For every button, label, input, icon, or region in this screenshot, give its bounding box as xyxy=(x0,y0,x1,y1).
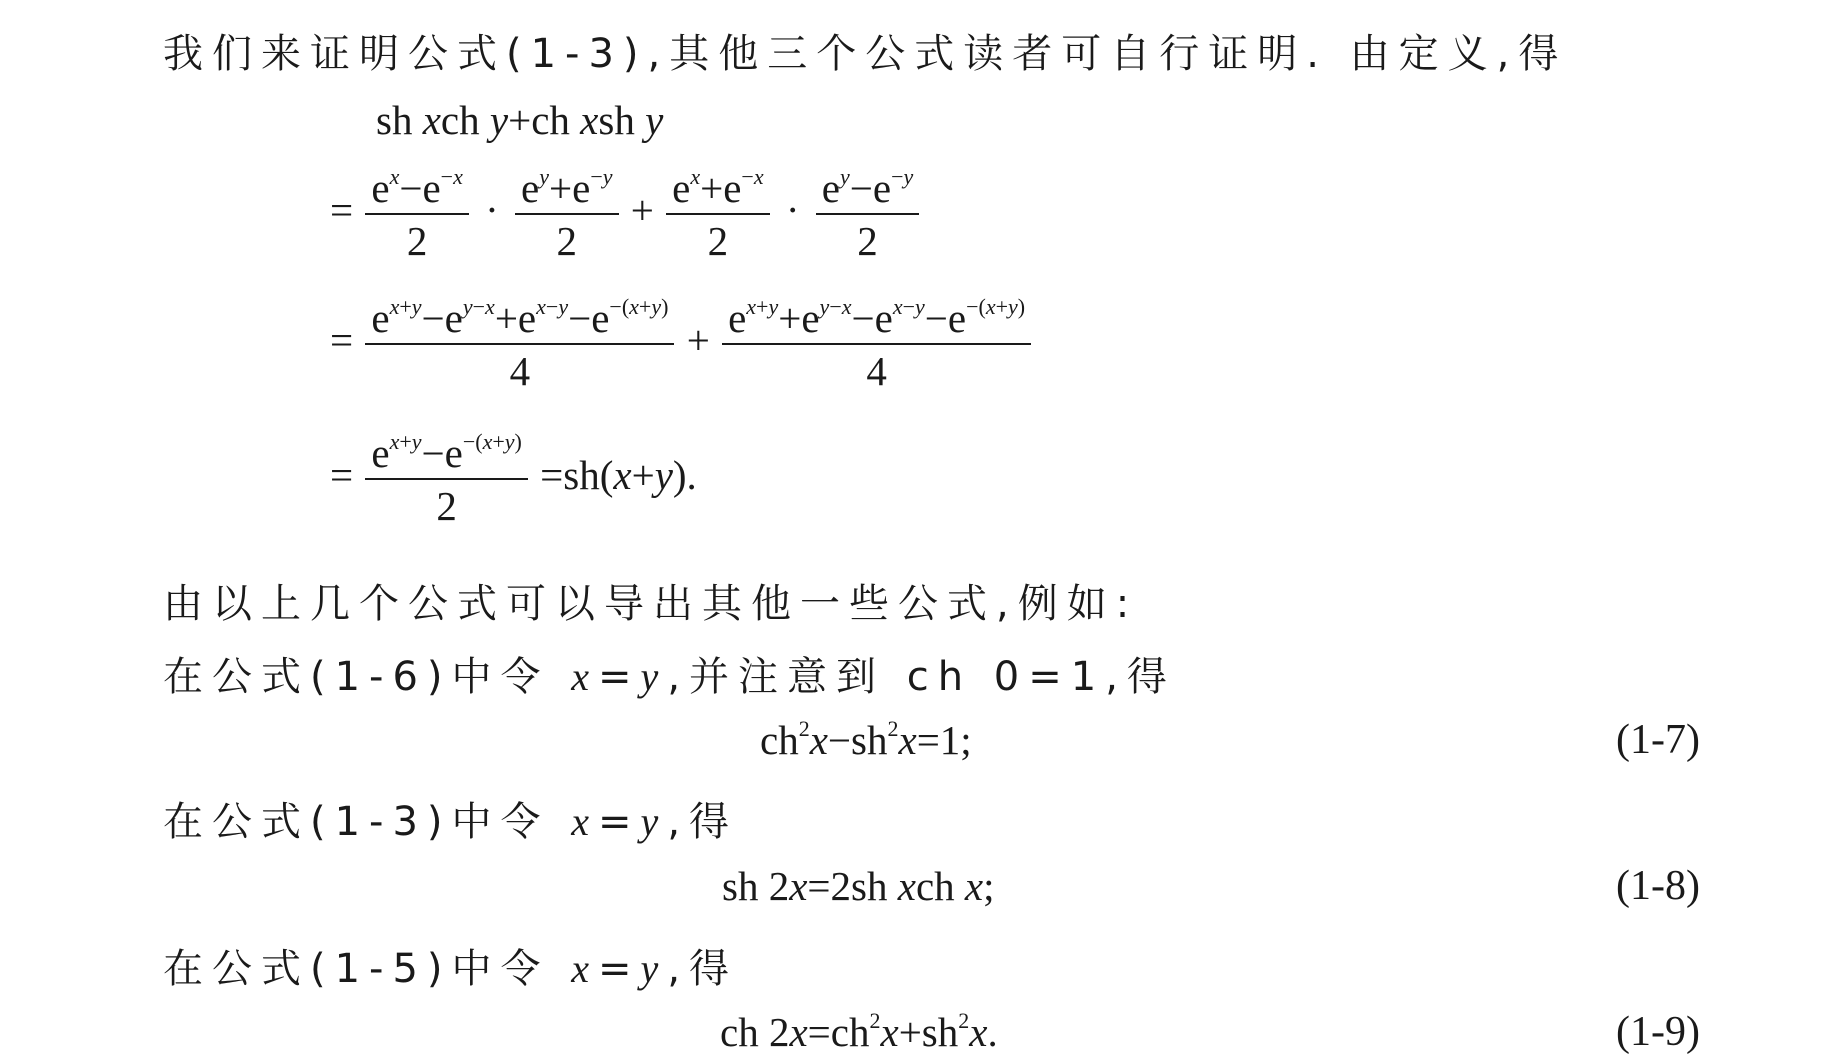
proof-step-1: = ex−e−x2 · ey+e−y2 + ex+e−x2 · ey−e−y2 xyxy=(330,165,921,264)
proof-step-2: = ex+y−ey−x+ex−y−e−(x+y)4 + ex+y+ey−x−ex… xyxy=(330,295,1033,394)
derive-note: 由以上几个公式可以导出其他一些公式,例如: xyxy=(163,572,1138,629)
fraction: ex+y−e−(x+y)2 xyxy=(365,430,528,529)
proof-lhs: sh xch y+ch xsh y xyxy=(376,96,663,144)
fraction: ey−e−y2 xyxy=(816,165,919,264)
equation-number-1-9: (1-9) xyxy=(1616,1008,1700,1056)
fraction: ex+y−ey−x+ex−y−e−(x+y)4 xyxy=(365,295,674,394)
equation-1-9: ch 2x=ch2x+sh2x. xyxy=(720,1008,998,1056)
equation-number-1-8: (1-8) xyxy=(1616,862,1700,910)
fraction: ex+e−x2 xyxy=(666,165,769,264)
case-1-3-text: 在公式(1-3)中令 x=y,得 xyxy=(163,790,738,847)
case-1-6-text: 在公式(1-6)中令 x=y,并注意到 ch 0=1,得 xyxy=(163,645,1176,702)
equation-number-1-7: (1-7) xyxy=(1616,716,1700,764)
case-1-5-text: 在公式(1-5)中令 x=y,得 xyxy=(163,937,738,994)
equation-1-7: ch2x−sh2x=1; xyxy=(760,716,972,764)
fraction: ey+e−y2 xyxy=(515,165,618,264)
intro-paragraph: 我们来证明公式(1-3),其他三个公式读者可自行证明. 由定义,得 xyxy=(163,22,1567,79)
fraction: ex+y+ey−x−ex−y−e−(x+y)4 xyxy=(722,295,1031,394)
equation-1-8: sh 2x=2sh xch x; xyxy=(722,862,995,910)
proof-step-3: = ex+y−e−(x+y)2 =sh(x+y). xyxy=(330,430,697,529)
fraction: ex−e−x2 xyxy=(365,165,468,264)
